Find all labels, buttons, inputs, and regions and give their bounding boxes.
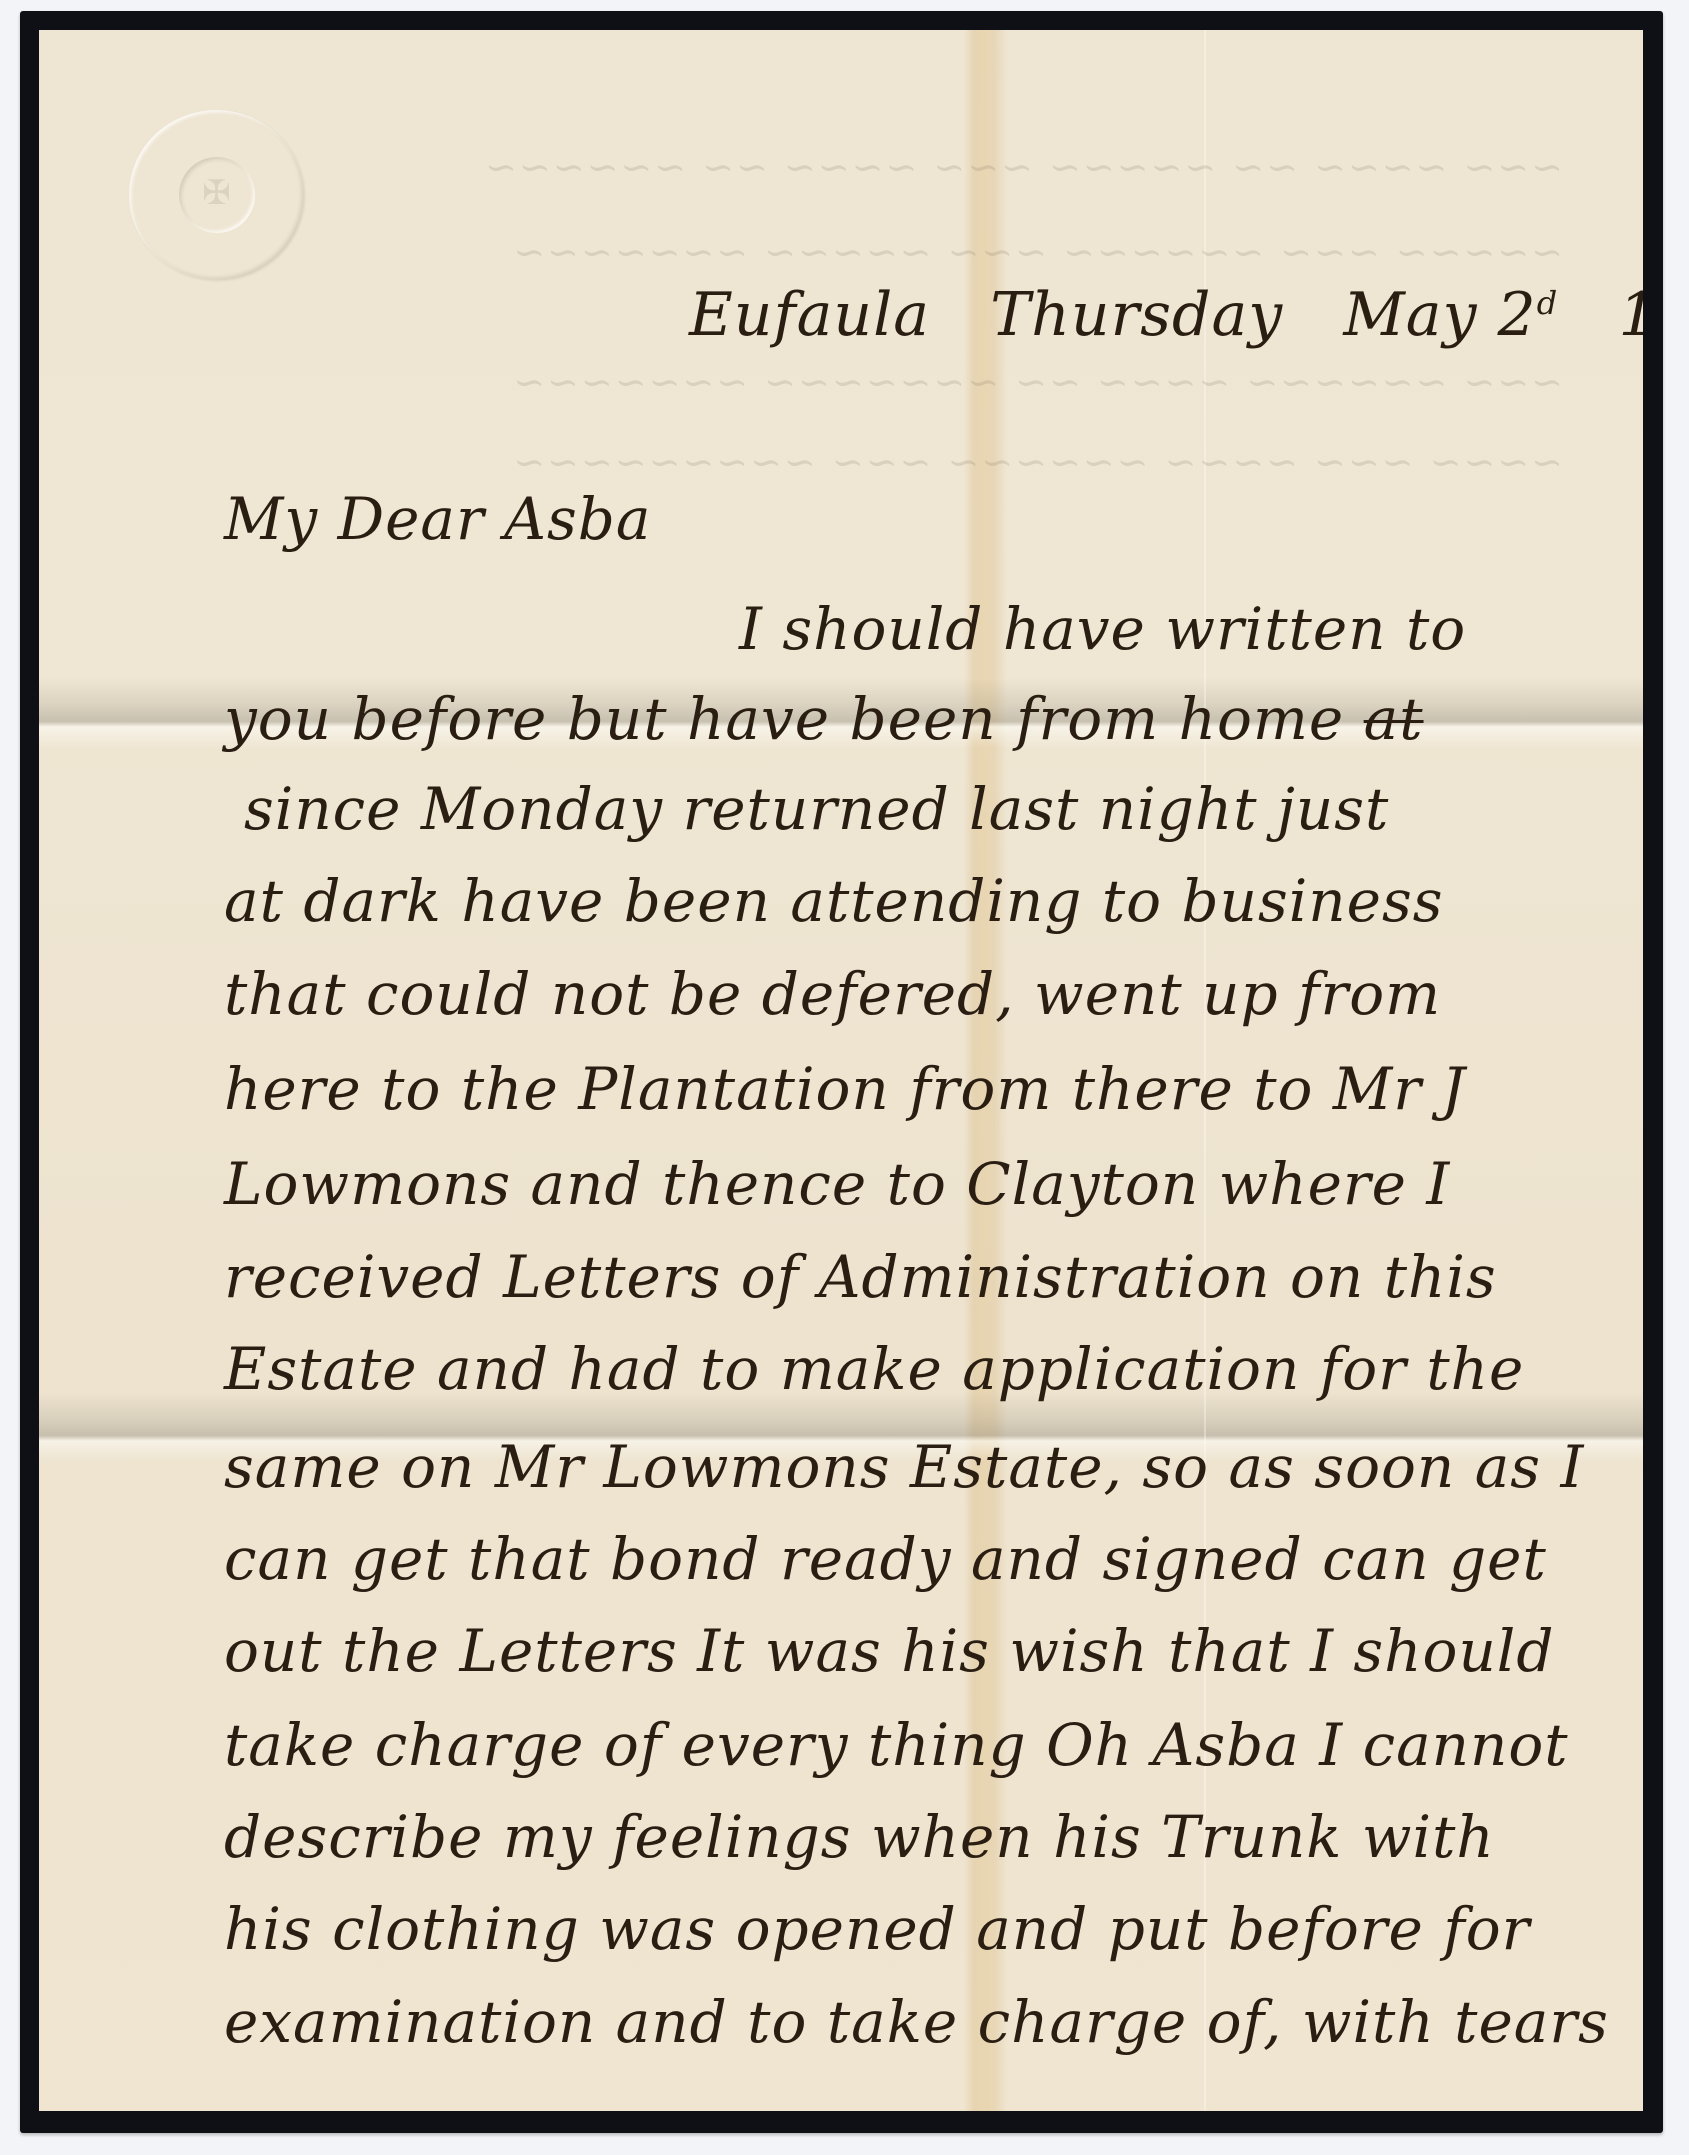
struck-word: at xyxy=(1364,685,1424,753)
dateline-month: May xyxy=(1343,280,1477,350)
letter-salutation: My Dear Asba xyxy=(224,490,652,548)
letter-line: Lowmons and thence to Clayton where I xyxy=(224,1155,1450,1213)
bleed-through-text: ~~~~ ~~~ ~~~~ ~~~~~~ ~~~ ~~~~~~~~~ xyxy=(199,440,1563,484)
letter-line: same on Mr Lowmons Estate, so as soon as… xyxy=(224,1438,1584,1496)
dateline-place: Eufaula xyxy=(689,280,930,350)
seal-glyph: ✠ xyxy=(179,173,255,213)
letter-line: here to the Plantation from there to Mr … xyxy=(224,1060,1466,1118)
dateline-date: 2 xyxy=(1498,280,1537,350)
letter-line: that could not be defered, went up from xyxy=(224,965,1441,1023)
letter-line: take charge of every thing Oh Asba I can… xyxy=(224,1716,1569,1774)
embossed-seal-icon: ✠ xyxy=(129,110,304,280)
letter-line: can get that bond ready and signed can g… xyxy=(224,1530,1547,1588)
dateline-date-suffix: d xyxy=(1537,284,1558,322)
letter-line: since Monday returned last night just xyxy=(244,780,1389,838)
letter-dateline: Eufaula Thursday May 2d 1861 xyxy=(689,285,1643,345)
dateline-year: 1861 xyxy=(1618,280,1643,350)
letter-line: describe my feelings when his Trunk with xyxy=(224,1808,1495,1866)
letter-line: at dark have been attending to business xyxy=(224,872,1444,930)
letter-line: examination and to take charge of, with … xyxy=(224,1993,1609,2051)
letter-line: out the Letters It was his wish that I s… xyxy=(224,1622,1555,1680)
bleed-through-text: ~~~~~ ~~~ ~~~~~~ ~~~ ~~~~~ ~~~~~~~ xyxy=(199,230,1563,274)
letter-sheet-mourning-border: ✠ ~~~ ~~~~ ~~ ~~~~~ ~~~ ~~~~ ~~ ~~~~~~ ~… xyxy=(20,11,1663,2133)
letter-line: Estate and had to make application for t… xyxy=(224,1340,1524,1398)
letter-line: you before but have been from home at xyxy=(224,690,1424,748)
letter-paper: ✠ ~~~ ~~~~ ~~ ~~~~~ ~~~ ~~~~ ~~ ~~~~~~ ~… xyxy=(39,30,1643,2111)
seal-center: ✠ xyxy=(179,157,255,233)
letter-line: received Letters of Administration on th… xyxy=(224,1248,1497,1306)
bleed-through-text: ~~~ ~~~~~~ ~~~~ ~~ ~~~~~~~ ~~~~~~~ xyxy=(199,360,1563,404)
letter-line-text: you before but have been from home xyxy=(224,685,1344,753)
bleed-through-text: ~~~ ~~~~ ~~ ~~~~~ ~~~ ~~~~ ~~ ~~~~~~ xyxy=(199,145,1563,189)
letter-line: his clothing was opened and put before f… xyxy=(224,1900,1530,1958)
letter-line: I should have written to xyxy=(739,600,1466,658)
dateline-day: Thursday xyxy=(990,280,1283,350)
